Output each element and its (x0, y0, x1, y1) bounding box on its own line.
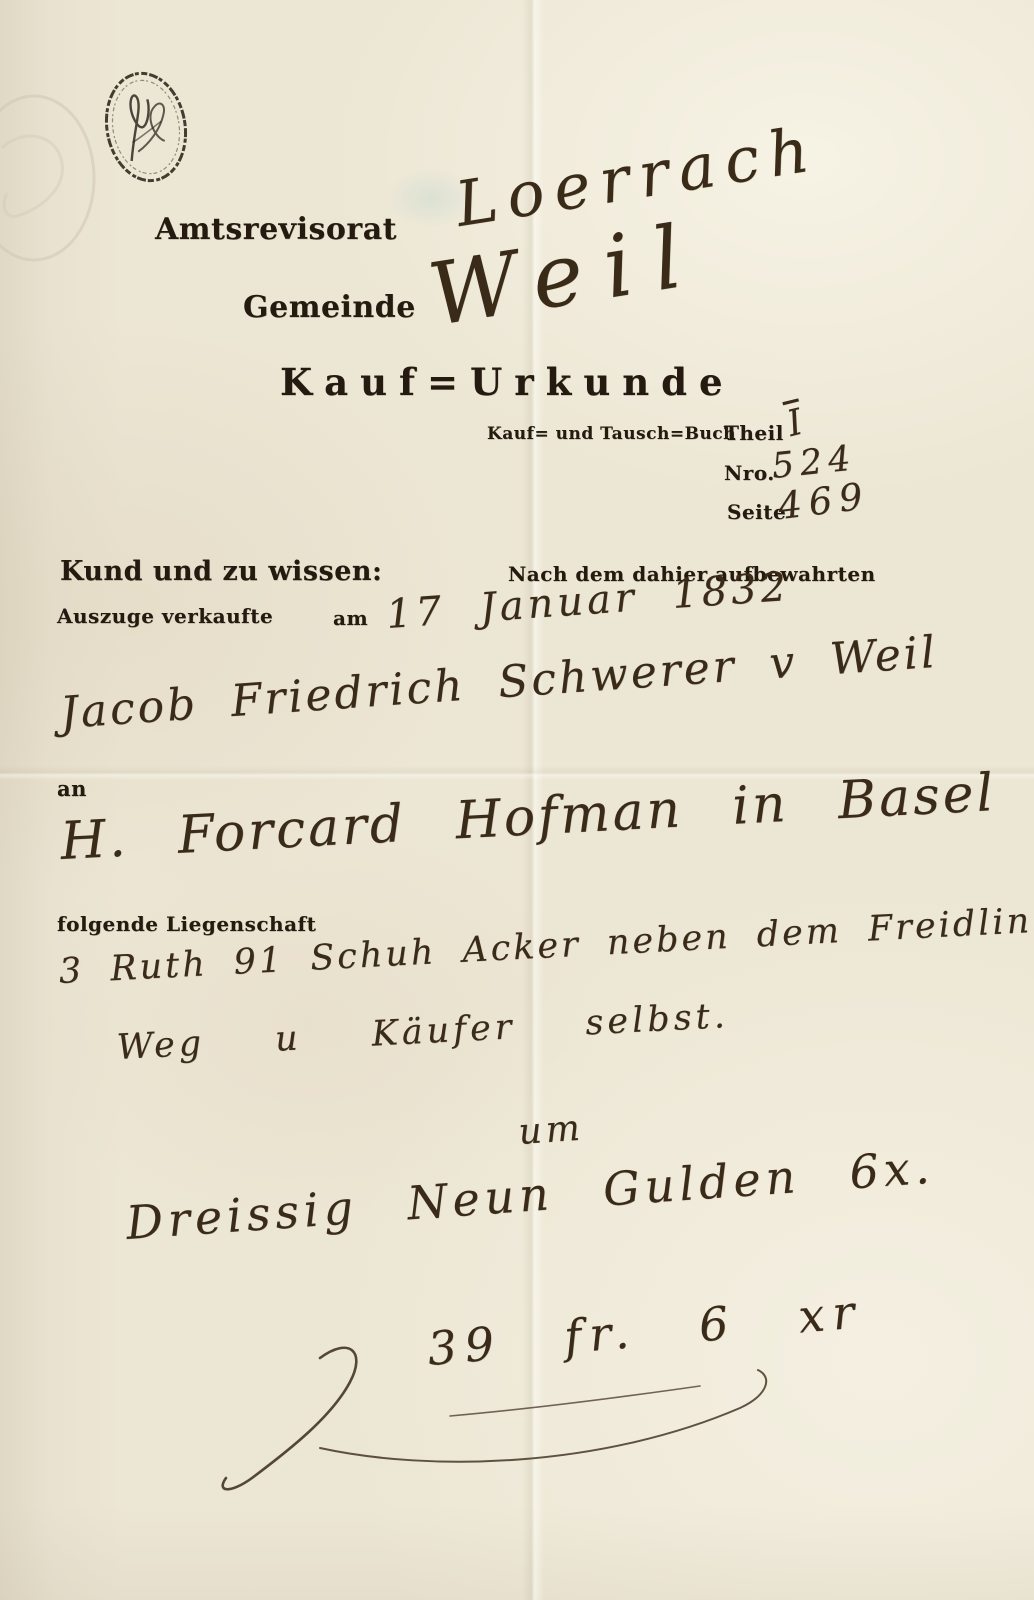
deed-page: Amtsrevisorat Loerrach Gemeinde Weil Kau… (0, 0, 1034, 1600)
buyer-name-handwriting: H. Forcard Hofman in Basel (59, 763, 998, 872)
municipality-label: Gemeinde (243, 290, 416, 325)
property-line2-handwriting: Weg u Käufer selbst. (116, 996, 730, 1068)
register-part-label: Theil (724, 421, 784, 445)
price-text-handwriting: Dreissig Neun Gulden 6x. (124, 1140, 936, 1250)
register-number-label: Nro. (724, 461, 775, 485)
office-label: Amtsrevisorat (155, 212, 397, 247)
date-label: am (333, 606, 368, 630)
excerpt-label: Auszuge verkaufte (57, 604, 273, 628)
signature-flourish (200, 1330, 820, 1510)
known-clause-label: Kund und zu wissen: (60, 556, 383, 587)
register-book-label: Kauf= und Tausch=Buch (487, 424, 736, 444)
property-label: folgende Liegenschaft (57, 912, 316, 936)
for-word-handwriting: um (517, 1108, 585, 1153)
to-label: an (57, 776, 87, 801)
seller-name-handwriting: Jacob Friedrich Schwerer v Weil (58, 627, 939, 739)
document-title: Kauf=Urkunde (280, 360, 735, 404)
register-part-value-handwriting: I (783, 401, 809, 445)
oval-ink-stamp-icon (86, 58, 206, 196)
